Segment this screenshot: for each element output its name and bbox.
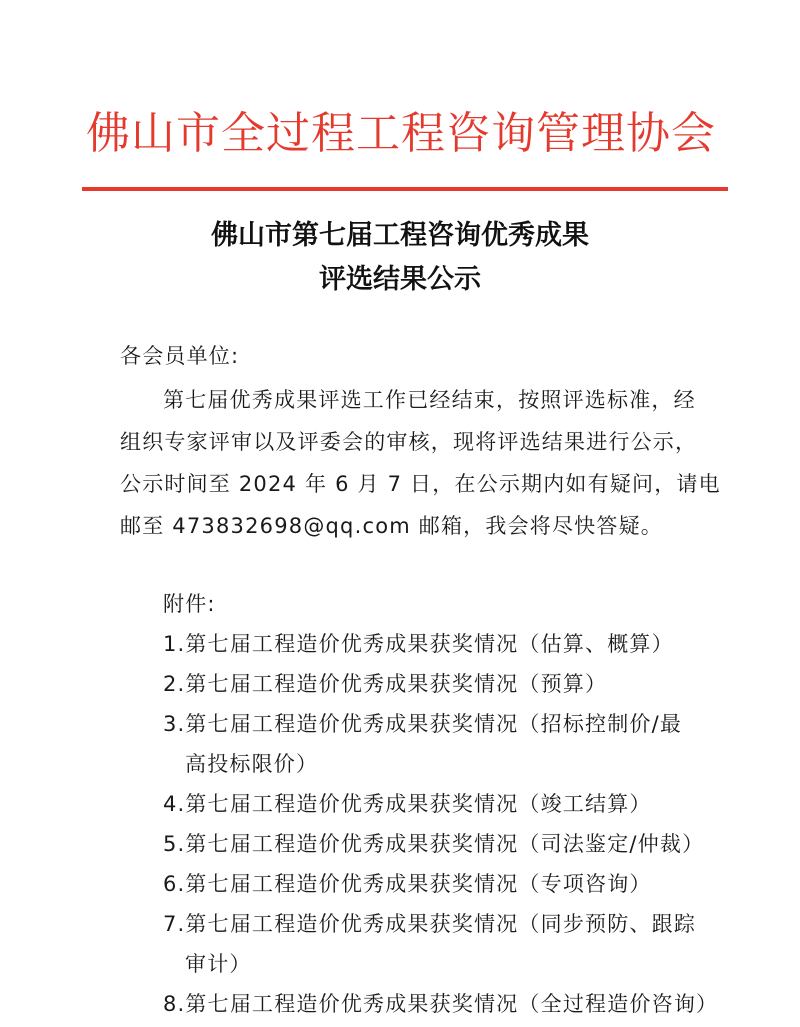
attachment-item: 7.第七届工程造价优秀成果获奖情况（同步预防、跟踪 [163, 910, 696, 938]
paragraph-line: 组织专家评审以及评委会的审核，现将评选结果进行公示， [120, 428, 697, 456]
attachment-item: 5.第七届工程造价优秀成果获奖情况（司法鉴定/仲裁） [163, 830, 704, 858]
document-title-line-1: 佛山市第七届工程咨询优秀成果 [0, 218, 800, 254]
attachment-item: 4.第七届工程造价优秀成果获奖情况（竣工结算） [163, 790, 652, 818]
attachment-item: 3.第七届工程造价优秀成果获奖情况（招标控制价/最 [163, 710, 682, 738]
salutation: 各会员单位: [120, 342, 239, 370]
attachment-item-continuation: 高投标限价） [185, 750, 318, 778]
organization-name: 佛山市全过程工程咨询管理协会 [86, 106, 726, 162]
header-divider [82, 187, 728, 191]
attachment-item-continuation: 审计） [185, 950, 252, 978]
attachment-item: 2.第七届工程造价优秀成果获奖情况（预算） [163, 670, 607, 698]
paragraph-line: 公示时间至 2024 年 6 月 7 日，在公示期内如有疑问，请电 [120, 470, 721, 498]
attachment-item: 6.第七届工程造价优秀成果获奖情况（专项咨询） [163, 870, 652, 898]
email-line: 邮至 473832698@qq.com 邮箱，我会将尽快答疑。 [120, 512, 663, 540]
attachments-label: 附件: [163, 590, 216, 618]
paragraph-line: 第七届优秀成果评选工作已经结束，按照评选标准，经 [163, 386, 696, 414]
attachment-item: 8.第七届工程造价优秀成果获奖情况（全过程造价咨询） [163, 990, 718, 1018]
document-title-line-2: 评选结果公示 [0, 262, 800, 298]
attachment-item: 1.第七届工程造价优秀成果获奖情况（估算、概算） [163, 630, 674, 658]
